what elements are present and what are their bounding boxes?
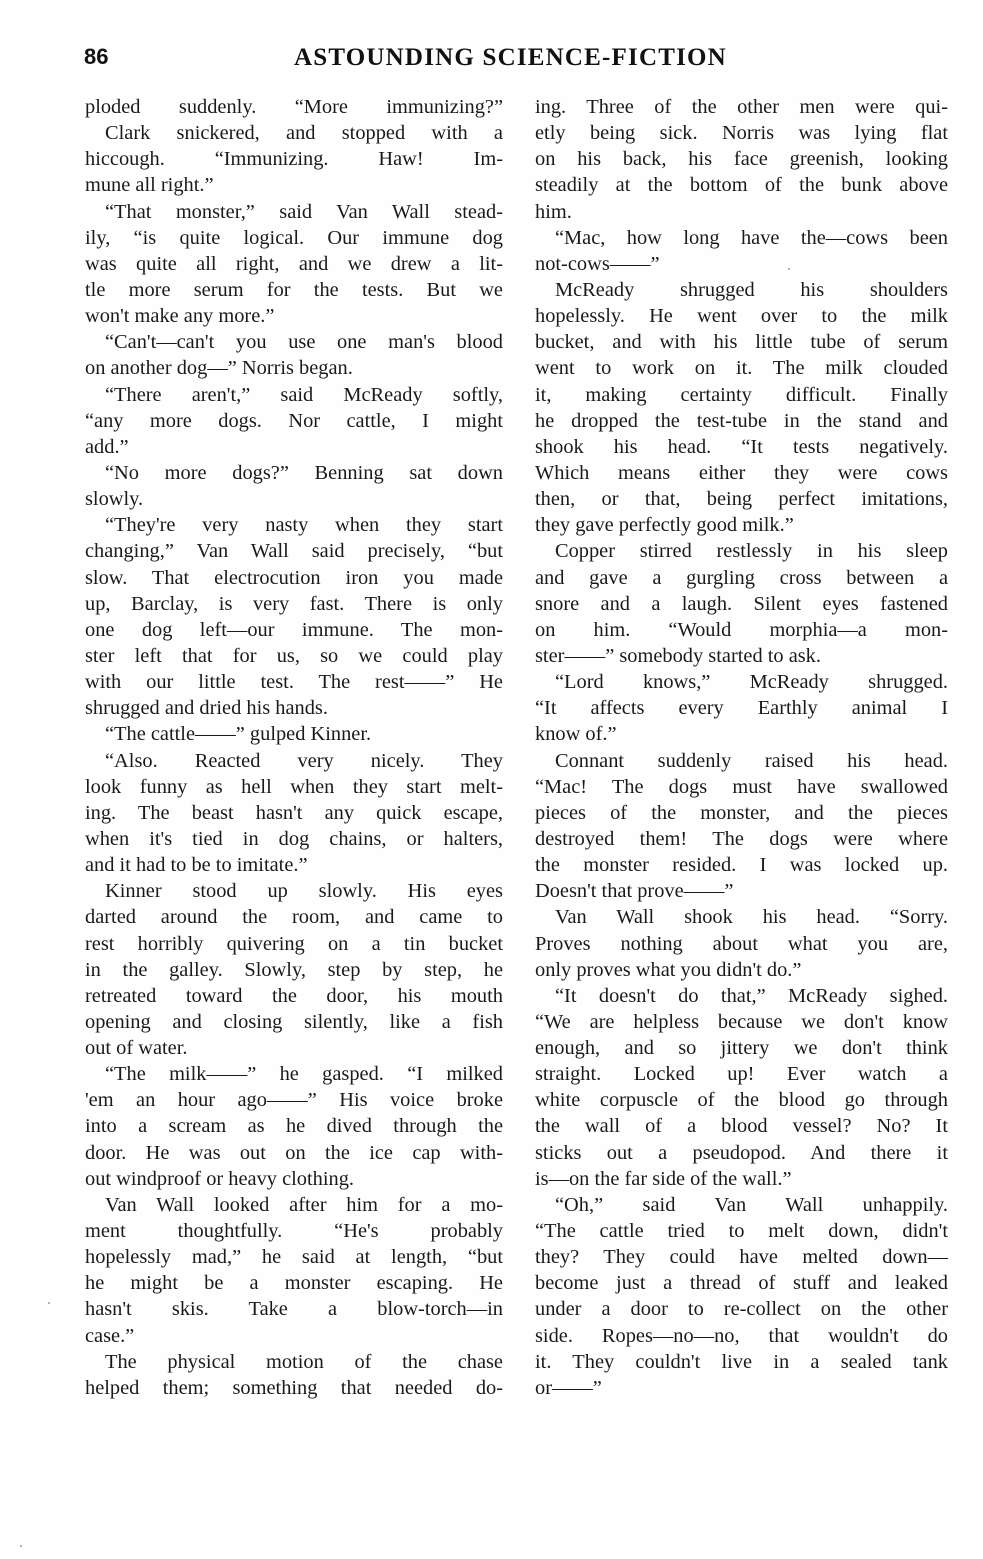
text-line: hiccough. “Immunizing. Haw! Im- xyxy=(85,146,503,172)
text-line: “They're very nasty when they start xyxy=(85,512,503,538)
text-line: hasn't skis. Take a blow-torch—in xyxy=(85,1296,503,1322)
running-title: ASTOUNDING SCIENCE-FICTION xyxy=(294,44,727,72)
text-line: Connant suddenly raised his head. xyxy=(535,748,948,774)
text-line: one dog left—our immune. The mon- xyxy=(85,617,503,643)
text-line: case.” xyxy=(85,1323,503,1349)
text-line: shrugged and dried his hands. xyxy=(85,695,503,721)
text-line: ster left that for us, so we could play xyxy=(85,643,503,669)
text-line: ing. Three of the other men were qui- xyxy=(535,94,948,120)
text-line: they? They could have melted down— xyxy=(535,1244,948,1270)
text-column-left: ploded suddenly. “More immunizing?”Clark… xyxy=(85,94,503,1401)
text-line: 'em an hour ago——” His voice broke xyxy=(85,1087,503,1113)
text-line: The physical motion of the chase xyxy=(85,1349,503,1375)
text-line: become just a thread of stuff and leaked xyxy=(535,1270,948,1296)
text-line: McReady shrugged his shoulders xyxy=(535,277,948,303)
text-line: steadily at the bottom of the bunk above xyxy=(535,172,948,198)
text-line: on his back, his face greenish, looking xyxy=(535,146,948,172)
text-line: look funny as hell when they start melt- xyxy=(85,774,503,800)
text-line: “It doesn't do that,” McReady sighed. xyxy=(535,983,948,1009)
text-line: Proves nothing about what you are, xyxy=(535,931,948,957)
text-line: retreated toward the door, his mouth xyxy=(85,983,503,1009)
text-line: snore and a laugh. Silent eyes fastened xyxy=(535,591,948,617)
text-line: changing,” Van Wall said precisely, “but xyxy=(85,538,503,564)
text-line: pieces of the monster, and the pieces xyxy=(535,800,948,826)
text-line: and it had to be to imitate.” xyxy=(85,852,503,878)
text-line: with our little test. The rest——” He xyxy=(85,669,503,695)
text-line: then, or that, being perfect imitations, xyxy=(535,486,948,512)
text-line: “That monster,” said Van Wall stead- xyxy=(85,199,503,225)
text-line: Which means either they were cows xyxy=(535,460,948,486)
text-line: the wall of a blood vessel? No? It xyxy=(535,1113,948,1139)
scan-speck xyxy=(788,268,790,270)
text-line: it. They couldn't live in a sealed tank xyxy=(535,1349,948,1375)
text-line: on another dog—” Norris began. xyxy=(85,355,503,381)
text-line: ploded suddenly. “More immunizing?” xyxy=(85,94,503,120)
text-line: rest horribly quivering on a tin bucket xyxy=(85,931,503,957)
text-line: “any more dogs. Nor cattle, I might xyxy=(85,408,503,434)
text-line: “The milk——” he gasped. “I milked xyxy=(85,1061,503,1087)
text-line: out windproof or heavy clothing. xyxy=(85,1166,503,1192)
magazine-page: 86 ASTOUNDING SCIENCE-FICTION ploded sud… xyxy=(0,0,983,1559)
text-line: when it's tied in dog chains, or halters… xyxy=(85,826,503,852)
text-line: door. He was out on the ice cap with- xyxy=(85,1140,503,1166)
text-line: Kinner stood up slowly. His eyes xyxy=(85,878,503,904)
page-header: 86 ASTOUNDING SCIENCE-FICTION xyxy=(84,44,954,78)
text-line: helped them; something that needed do- xyxy=(85,1375,503,1401)
scan-speck xyxy=(48,1302,50,1304)
text-line: etly being sick. Norris was lying flat xyxy=(535,120,948,146)
text-line: enough, and so jittery we don't think xyxy=(535,1035,948,1061)
text-line: out of water. xyxy=(85,1035,503,1061)
text-line: “The cattle tried to melt down, didn't xyxy=(535,1218,948,1244)
text-line: ily, “is quite logical. Our immune dog xyxy=(85,225,503,251)
text-line: in the galley. Slowly, step by step, he xyxy=(85,957,503,983)
text-line: straight. Locked up! Ever watch a xyxy=(535,1061,948,1087)
text-line: hopelessly. He went over to the milk xyxy=(535,303,948,329)
text-line: “Oh,” said Van Wall unhappily. xyxy=(535,1192,948,1218)
text-line: not-cows——” xyxy=(535,251,948,277)
text-line: him. xyxy=(535,199,948,225)
text-line: slow. That electrocution iron you made xyxy=(85,565,503,591)
text-line: the monster resided. I was locked up. xyxy=(535,852,948,878)
text-column-right: ing. Three of the other men were qui-etl… xyxy=(535,94,948,1401)
text-line: slowly. xyxy=(85,486,503,512)
text-line: was quite all right, and we drew a lit- xyxy=(85,251,503,277)
text-line: “No more dogs?” Benning sat down xyxy=(85,460,503,486)
text-line: and gave a gurgling cross between a xyxy=(535,565,948,591)
text-line: won't make any more.” xyxy=(85,303,503,329)
text-line: “We are helpless because we don't know xyxy=(535,1009,948,1035)
text-line: or——” xyxy=(535,1375,948,1401)
text-line: “Can't—can't you use one man's blood xyxy=(85,329,503,355)
text-line: up, Barclay, is very fast. There is only xyxy=(85,591,503,617)
text-line: “There aren't,” said McReady softly, xyxy=(85,382,503,408)
text-line: opening and closing silently, like a fis… xyxy=(85,1009,503,1035)
text-line: add.” xyxy=(85,434,503,460)
text-line: it, making certainty difficult. Finally xyxy=(535,382,948,408)
text-line: hopelessly mad,” he said at length, “but xyxy=(85,1244,503,1270)
text-line: mune all right.” xyxy=(85,172,503,198)
text-line: “It affects every Earthly animal I xyxy=(535,695,948,721)
text-line: under a door to re-collect on the other xyxy=(535,1296,948,1322)
text-line: he might be a monster escaping. He xyxy=(85,1270,503,1296)
text-line: Van Wall shook his head. “Sorry. xyxy=(535,904,948,930)
text-line: darted around the room, and came to xyxy=(85,904,503,930)
text-line: “Lord knows,” McReady shrugged. xyxy=(535,669,948,695)
text-line: Van Wall looked after him for a mo- xyxy=(85,1192,503,1218)
text-line: went to work on it. The milk clouded xyxy=(535,355,948,381)
text-line: white corpuscle of the blood go through xyxy=(535,1087,948,1113)
text-line: Doesn't that prove——” xyxy=(535,878,948,904)
text-line: tle more serum for the tests. But we xyxy=(85,277,503,303)
text-line: Copper stirred restlessly in his sleep xyxy=(535,538,948,564)
text-line: side. Ropes—no—no, that wouldn't do xyxy=(535,1323,948,1349)
text-line: “Also. Reacted very nicely. They xyxy=(85,748,503,774)
text-line: is—on the far side of the wall.” xyxy=(535,1166,948,1192)
text-line: on him. “Would morphia—a mon- xyxy=(535,617,948,643)
text-line: ing. The beast hasn't any quick escape, xyxy=(85,800,503,826)
text-line: bucket, and with his little tube of seru… xyxy=(535,329,948,355)
text-line: “Mac, how long have the—cows been xyxy=(535,225,948,251)
text-line: he dropped the test-tube in the stand an… xyxy=(535,408,948,434)
text-line: Clark snickered, and stopped with a xyxy=(85,120,503,146)
text-line: “Mac! The dogs must have swallowed xyxy=(535,774,948,800)
scan-speck xyxy=(20,1545,22,1547)
text-line: only proves what you didn't do.” xyxy=(535,957,948,983)
page-number: 86 xyxy=(84,44,108,70)
text-line: shook his head. “It tests negatively. xyxy=(535,434,948,460)
text-line: ster——” somebody started to ask. xyxy=(535,643,948,669)
text-line: destroyed them! The dogs were where xyxy=(535,826,948,852)
text-line: sticks out a pseudopod. And there it xyxy=(535,1140,948,1166)
text-line: know of.” xyxy=(535,721,948,747)
text-line: they gave perfectly good milk.” xyxy=(535,512,948,538)
text-line: “The cattle——” gulped Kinner. xyxy=(85,721,503,747)
text-line: into a scream as he dived through the xyxy=(85,1113,503,1139)
text-line: ment thoughtfully. “He's probably xyxy=(85,1218,503,1244)
